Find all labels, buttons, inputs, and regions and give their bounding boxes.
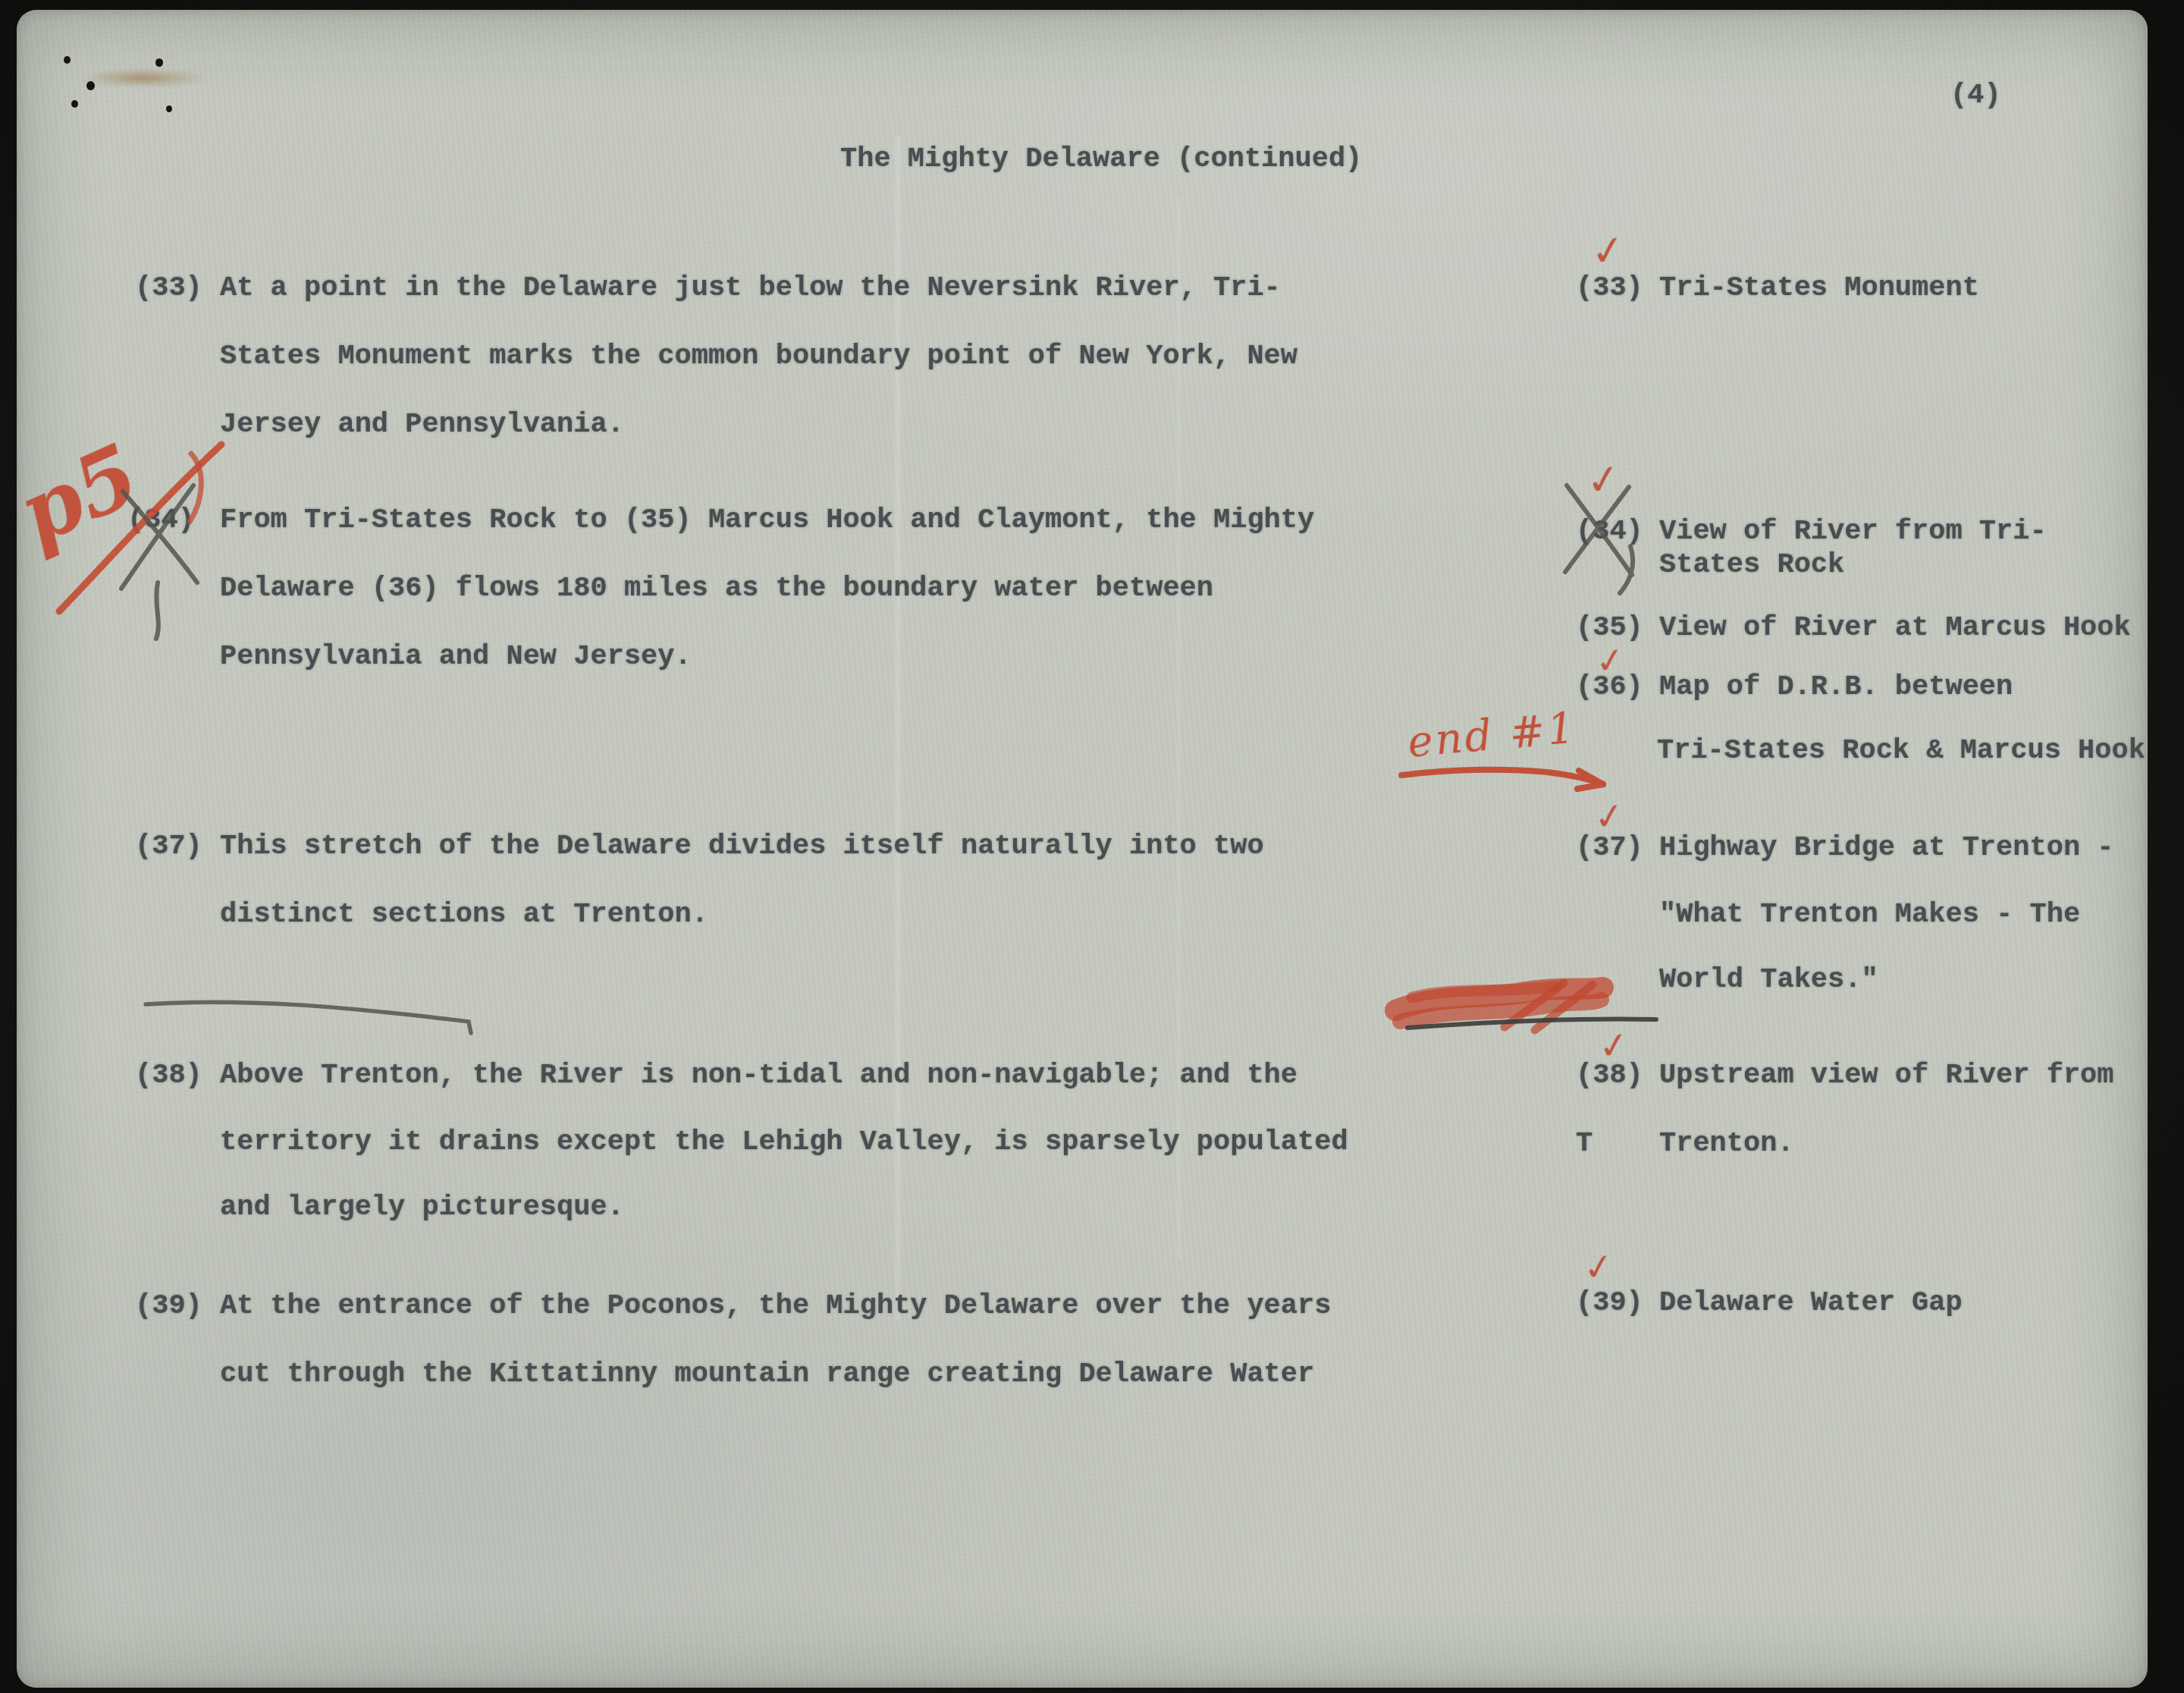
shot-line: "What Trenton Makes - The — [1659, 898, 2080, 931]
red-checkmark-icon: ✓ — [1583, 457, 1623, 503]
script-line: From Tri-States Rock to (35) Marcus Hook… — [220, 504, 1314, 537]
script-line: distinct sections at Trenton. — [220, 898, 708, 931]
shot-line: View of River from Tri- — [1659, 515, 2047, 548]
rust-stain — [79, 68, 208, 88]
script-line: At a point in the Delaware just below th… — [220, 272, 1281, 305]
page-number: (4) — [1950, 79, 2001, 112]
red-checkmark-icon: ✓ — [1580, 1245, 1616, 1289]
shot-line: Map of D.R.B. between — [1659, 671, 2013, 704]
item-number: (38) — [1576, 1059, 1643, 1092]
script-line: Above Trenton, the River is non-tidal an… — [220, 1059, 1298, 1092]
shot-line: Delaware Water Gap — [1659, 1286, 1963, 1320]
item-number: (33) — [135, 272, 202, 305]
pin-hole — [155, 58, 163, 67]
shot-line: Trenton. — [1659, 1127, 1794, 1161]
shot-line: Highway Bridge at Trenton - — [1659, 831, 2114, 865]
scanned-typescript-page: (4) The Mighty Delaware (continued) (33)… — [0, 0, 2184, 1693]
script-line: and largely picturesque. — [220, 1191, 624, 1224]
shot-line: View of River at Marcus Hook — [1659, 611, 2131, 645]
pin-hole — [86, 81, 95, 90]
pin-hole — [64, 56, 71, 64]
item-number: (37) — [135, 830, 202, 863]
shot-line: Upstream view of River from — [1659, 1059, 2114, 1092]
pin-hole — [71, 100, 78, 108]
script-line: Delaware (36) flows 180 miles as the bou… — [220, 572, 1213, 605]
shot-line: Tri-States Monument — [1659, 272, 1979, 305]
item-number: (37) — [1576, 831, 1643, 865]
stray-typed-character: T — [1576, 1127, 1592, 1161]
script-line: At the entrance of the Poconos, the Migh… — [220, 1289, 1331, 1323]
script-line: This stretch of the Delaware divides its… — [220, 830, 1264, 863]
pin-hole — [166, 105, 172, 112]
script-line: cut through the Kittatinny mountain rang… — [220, 1358, 1314, 1391]
item-number: (39) — [135, 1289, 202, 1323]
shot-line: World Takes." — [1659, 963, 1878, 997]
red-checkmark-icon: ✓ — [1588, 228, 1627, 274]
shot-line: States Rock — [1659, 548, 1844, 582]
script-line: Pennsylvania and New Jersey. — [220, 640, 692, 674]
page-title: The Mighty Delaware (continued) — [840, 143, 1362, 176]
script-line: States Monument marks the common boundar… — [220, 340, 1298, 373]
script-line: Jersey and Pennsylvania. — [220, 408, 624, 441]
item-number: (34) — [1576, 515, 1643, 548]
item-number: (39) — [1576, 1286, 1643, 1320]
item-number: (36) — [1576, 671, 1643, 704]
shot-line: Tri-States Rock & Marcus Hook — [1657, 734, 2145, 768]
item-number: (33) — [1576, 272, 1643, 305]
script-line: territory it drains except the Lehigh Va… — [220, 1126, 1348, 1159]
item-number: (38) — [135, 1059, 202, 1092]
